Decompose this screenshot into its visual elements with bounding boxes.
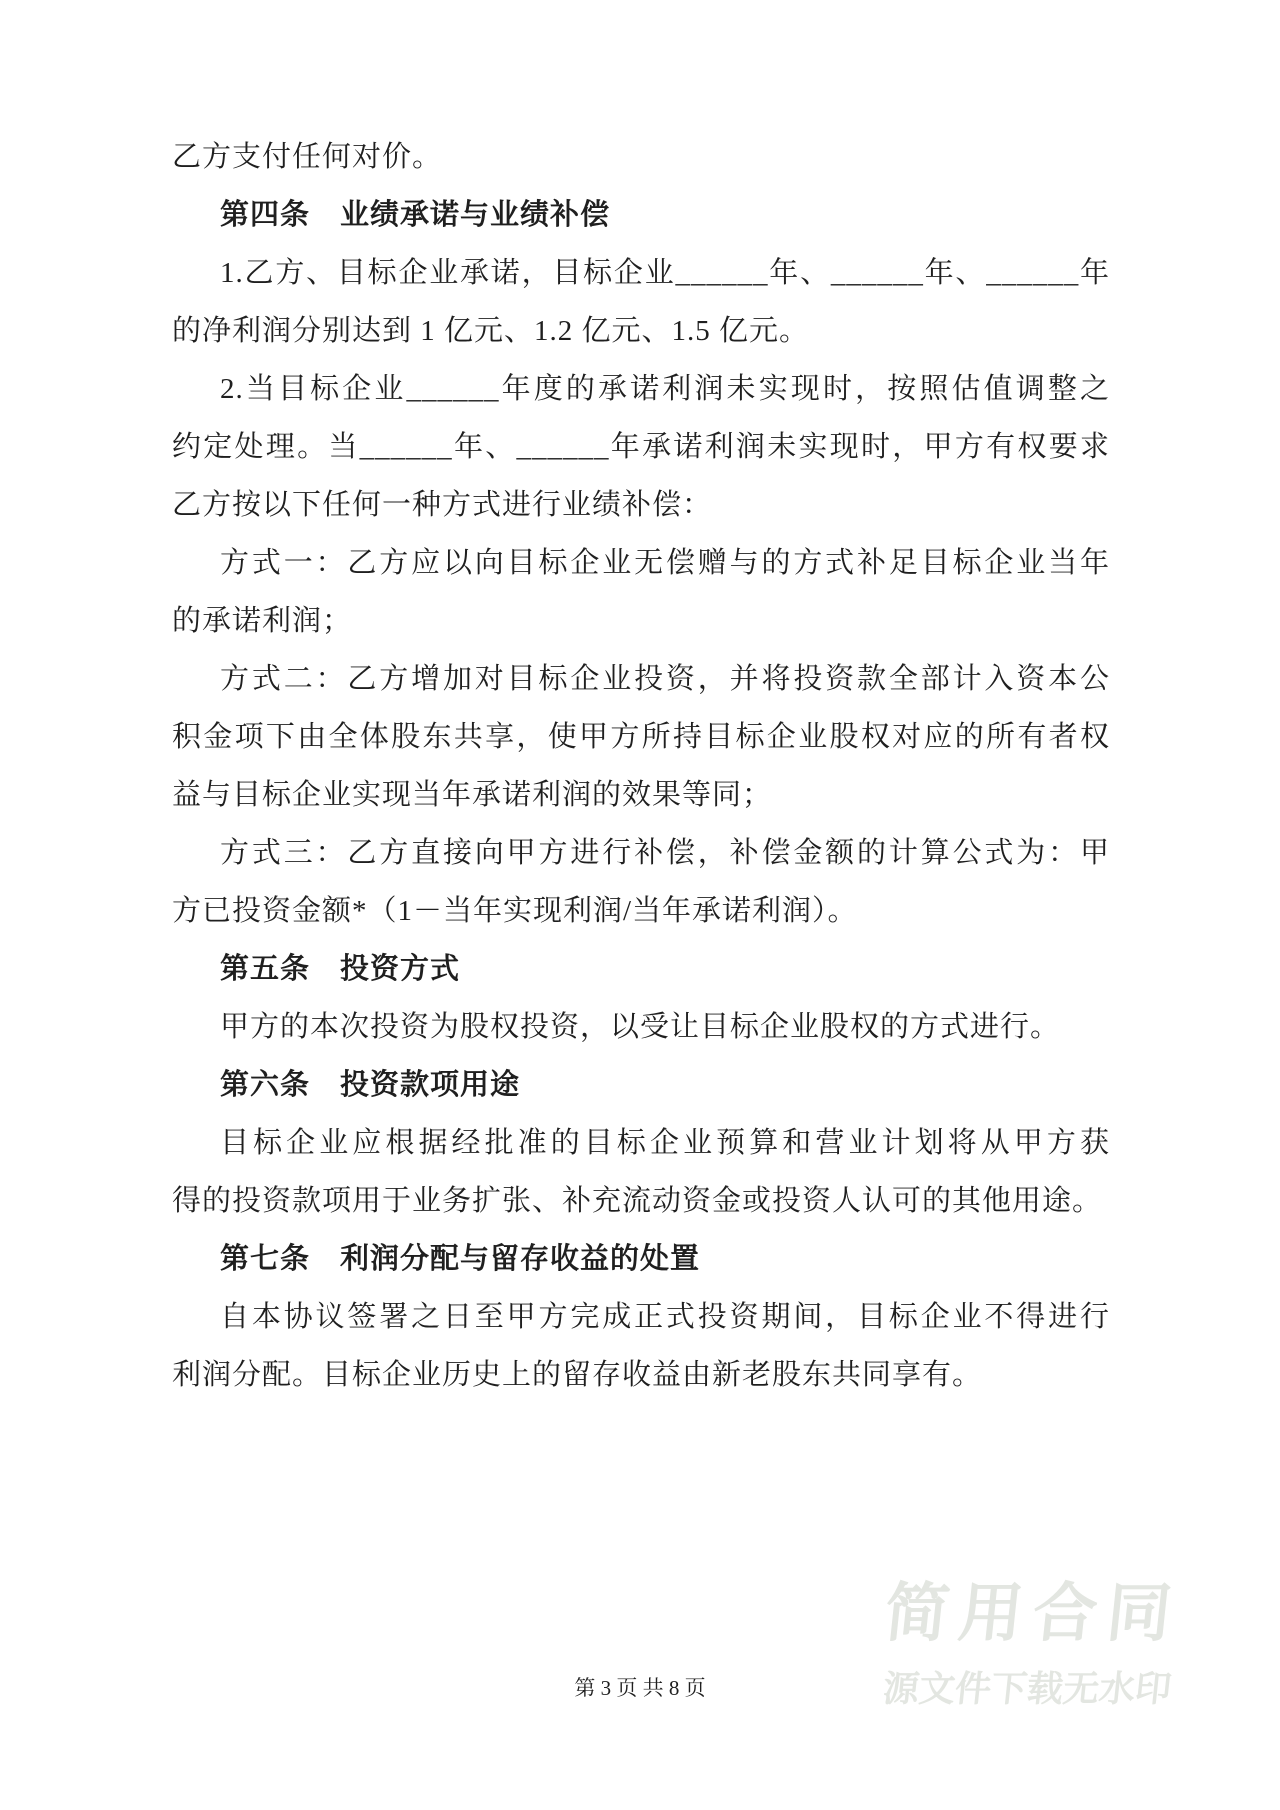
document-line: 方式三：乙方直接向甲方进行补偿，补偿金额的计算公式为：甲 <box>172 824 1110 882</box>
document-line: 积金项下由全体股东共享，使甲方所持目标企业股权对应的所有者权 <box>172 708 1110 766</box>
document-line: 方式二：乙方增加对目标企业投资，并将投资款全部计入资本公 <box>172 650 1110 708</box>
document-line: 方已投资金额*（1－当年实现利润/当年承诺利润）。 <box>172 882 1110 940</box>
section-heading: 第四条 业绩承诺与业绩补偿 <box>172 186 1110 244</box>
document-line: 乙方支付任何对价。 <box>172 128 1110 186</box>
document-line: 得的投资款项用于业务扩张、补充流动资金或投资人认可的其他用途。 <box>172 1172 1110 1230</box>
document-line: 利润分配。目标企业历史上的留存收益由新老股东共同享有。 <box>172 1346 1110 1404</box>
document-line: 1.乙方、目标企业承诺，目标企业______年、______年、______年 <box>172 244 1110 302</box>
document-line: 益与目标企业实现当年承诺利润的效果等同； <box>172 766 1110 824</box>
document-line: 自本协议签署之日至甲方完成正式投资期间，目标企业不得进行 <box>172 1288 1110 1346</box>
section-heading: 第五条 投资方式 <box>172 940 1110 998</box>
document-line: 的承诺利润； <box>172 592 1110 650</box>
document-line: 方式一：乙方应以向目标企业无偿赠与的方式补足目标企业当年 <box>172 534 1110 592</box>
document-body: 乙方支付任何对价。第四条 业绩承诺与业绩补偿1.乙方、目标企业承诺，目标企业__… <box>172 128 1110 1404</box>
section-heading: 第六条 投资款项用途 <box>172 1056 1110 1114</box>
document-line: 2.当目标企业______年度的承诺利润未实现时，按照估值调整之 <box>172 360 1110 418</box>
document-page: 简用合同 源文件下载无水印 乙方支付任何对价。第四条 业绩承诺与业绩补偿1.乙方… <box>0 0 1280 1810</box>
document-line: 乙方按以下任何一种方式进行业绩补偿： <box>172 476 1110 534</box>
document-line: 甲方的本次投资为股权投资，以受让目标企业股权的方式进行。 <box>172 998 1110 1056</box>
page-number-footer: 第 3 页 共 8 页 <box>0 1668 1280 1708</box>
watermark-brand-text: 简用合同 <box>882 1582 1185 1646</box>
document-line: 目标企业应根据经批准的目标企业预算和营业计划将从甲方获 <box>172 1114 1110 1172</box>
section-heading: 第七条 利润分配与留存收益的处置 <box>172 1230 1110 1288</box>
document-line: 的净利润分别达到 1 亿元、1.2 亿元、1.5 亿元。 <box>172 302 1110 360</box>
document-line: 约定处理。当______年、______年承诺利润未实现时，甲方有权要求 <box>172 418 1110 476</box>
